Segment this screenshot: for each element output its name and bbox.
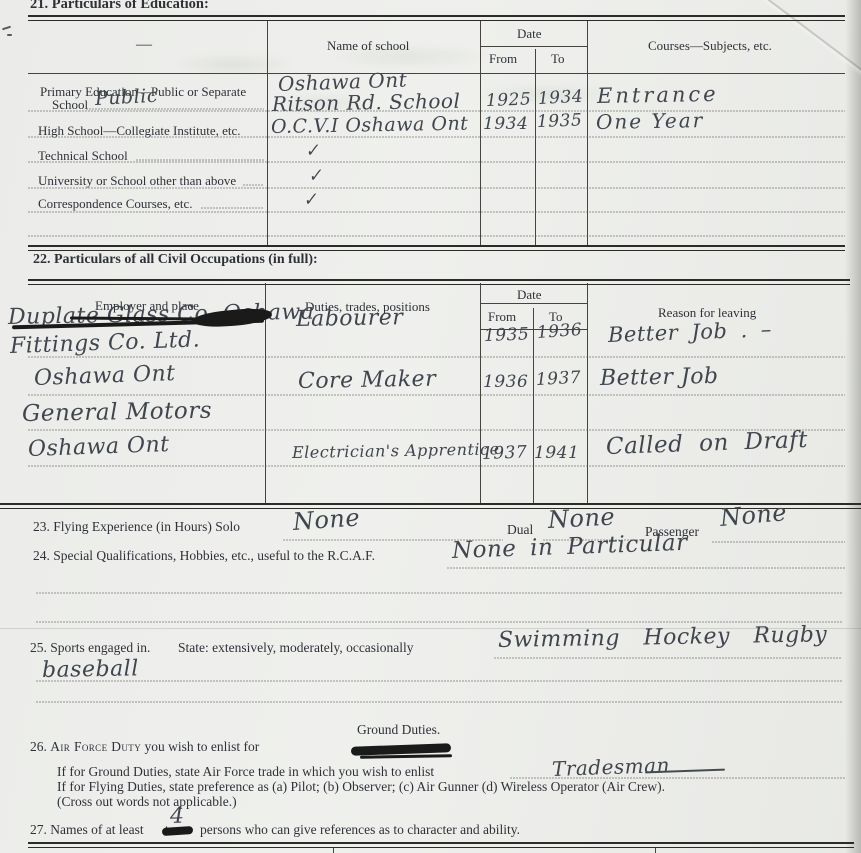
education-row-line	[28, 161, 845, 163]
job2-reason-handwriting: Better Job	[600, 364, 719, 391]
scanned-enlistment-form-page: 21. Particulars of Education: — Name of …	[0, 0, 861, 853]
high-school-name-handwriting: O.C.V.I Oshawa Ont	[271, 113, 469, 138]
job3-employer-handwriting: General Motors	[22, 398, 213, 427]
occupations-date-underline	[480, 303, 587, 304]
occupations-row-line	[28, 356, 845, 358]
item23-number: 23.	[33, 519, 50, 534]
job3-employer-city-handwriting: Oshawa Ont	[28, 432, 170, 462]
job2-from-handwriting: 1936	[483, 372, 528, 392]
item25-label1: Sports engaged in.	[50, 640, 150, 655]
occupations-header-date: Date	[517, 287, 542, 303]
job1-from-handwriting: 1935	[484, 324, 530, 346]
qualifications-handwriting: None in Particular	[452, 530, 688, 564]
high-school-from-handwriting: 1934	[483, 114, 528, 134]
job1-to-handwriting: 1936	[536, 320, 583, 343]
references-table-top-rule	[28, 842, 854, 848]
job1-duties-handwriting: Labourer	[296, 305, 404, 332]
item22-heading: 22. Particulars of all Civil Occupations…	[33, 252, 318, 268]
item27-heading: 27. Names of at least	[30, 822, 144, 838]
item23-heading: 23. Flying Experience (in Hours) Solo	[33, 519, 240, 535]
job3-duties-handwriting: Electrician's Apprentice	[292, 439, 500, 462]
university-checkmark: ✓	[307, 165, 324, 187]
education-header-dash: —	[136, 36, 152, 54]
references-column-line	[655, 848, 656, 853]
job2-to-handwriting: 1937	[535, 368, 581, 390]
education-header-courses: Courses—Subjects, etc.	[648, 38, 772, 54]
primary-courses-handwriting: Entrance	[597, 82, 719, 108]
replacement-number-handwriting: 4	[170, 804, 185, 829]
education-row-line	[28, 235, 845, 237]
item25-label2: State: extensively, moderately, occasion…	[178, 640, 414, 656]
primary-date-to-handwriting: 1934	[537, 87, 583, 109]
education-header-school: Name of school	[327, 38, 409, 54]
job3-from-handwriting: 1937	[482, 442, 528, 464]
item23-label: Flying Experience (in Hours) Solo	[53, 519, 240, 534]
sports-handwriting-line1: Swimming Hockey Rugby	[498, 622, 828, 653]
primary-education-type-handwriting: Public	[94, 85, 158, 110]
paper-right-edge-shadow	[845, 0, 861, 853]
flying-passenger-handwriting: None	[719, 498, 788, 532]
job3-to-handwriting: 1941	[534, 443, 579, 463]
item25-heading: 25. Sports engaged in.	[30, 640, 150, 656]
dotted-leader	[201, 207, 264, 209]
item26-rest-label: you wish to enlist for	[144, 739, 259, 754]
dotted-answer-line	[36, 680, 842, 682]
education-header-rule	[28, 73, 845, 74]
item26-sub3-label: (Cross out words not applicable.)	[57, 794, 237, 810]
education-header-from: From	[489, 51, 517, 67]
item24-label: Special Qualifications, Hobbies, etc., u…	[53, 548, 375, 563]
education-header-to: To	[551, 51, 565, 67]
education-column-line	[480, 21, 481, 247]
item24-number: 24.	[33, 548, 50, 563]
scribbled-out-option-tail	[360, 754, 452, 759]
education-column-line	[587, 21, 588, 247]
blank-dotted-line	[36, 701, 842, 703]
job2-employer-handwriting: Fittings Co. Ltd.	[10, 327, 201, 359]
item22-title: Particulars of all Civil Occupations (in…	[54, 252, 318, 267]
item27-number: 27.	[30, 822, 47, 837]
item27-pre-label: Names of at least	[50, 822, 143, 837]
primary-date-from-handwriting: 1925	[486, 89, 532, 111]
education-row-line	[28, 136, 845, 138]
occupations-row-line	[28, 465, 845, 467]
dotted-answer-line	[494, 657, 842, 659]
education-table-bottom-rule	[28, 245, 845, 251]
item25-number: 25.	[30, 640, 47, 655]
correspondence-checkmark: ✓	[302, 189, 319, 211]
technical-school-checkmark: ✓	[304, 140, 321, 162]
education-from-to-divider	[535, 49, 536, 247]
flying-solo-handwriting: None	[292, 503, 361, 536]
trade-handwriting: Tradesman	[552, 753, 671, 781]
sports-handwriting-line2: baseball	[42, 656, 139, 683]
dotted-leader	[243, 184, 264, 186]
high-school-courses-handwriting: One Year	[596, 108, 705, 134]
item22-number: 22.	[33, 252, 51, 267]
education-table-top-rule	[28, 15, 845, 21]
blank-dotted-line	[36, 621, 842, 623]
job2-duties-handwriting: Core Maker	[298, 367, 437, 394]
item21-title: Particulars of Education:	[52, 0, 209, 12]
references-column-line	[333, 848, 334, 853]
dotted-answer-line	[447, 567, 845, 569]
item21-number: 21.	[30, 0, 48, 12]
education-row-line	[28, 187, 845, 189]
ground-duties-option: Ground Duties.	[357, 722, 440, 738]
education-row-line	[28, 110, 845, 112]
occupations-header-from: From	[488, 309, 516, 325]
education-row-line	[28, 211, 845, 213]
item26-sub1-label: If for Ground Duties, state Air Force tr…	[57, 764, 434, 780]
education-date-underline	[480, 46, 587, 47]
paper-speck	[2, 26, 11, 31]
flying-dual-handwriting: None	[547, 503, 615, 534]
item24-heading: 24. Special Qualifications, Hobbies, etc…	[33, 548, 375, 564]
blank-dotted-line	[36, 592, 842, 594]
item26-number: 26.	[30, 739, 47, 754]
item26-sub2-label: If for Flying Duties, state preference a…	[57, 779, 665, 795]
job2-employer-city-handwriting: Oshawa Ont	[34, 361, 176, 391]
correspondence-label: Correspondence Courses, etc.	[38, 196, 193, 212]
item26-heading: 26. Air Force Duty you wish to enlist fo…	[30, 739, 259, 755]
item26-duty-label: Air Force Duty	[50, 739, 141, 754]
occupations-from-to-divider	[533, 308, 534, 505]
education-column-line	[267, 21, 268, 247]
dotted-answer-line	[712, 541, 845, 543]
paper-speck	[7, 34, 12, 36]
item21-heading: 21. Particulars of Education:	[30, 0, 209, 13]
job1-reason-handwriting: Better Job . –	[608, 317, 773, 347]
job3-reason-handwriting: Called on Draft	[606, 427, 809, 460]
item27-post-label: persons who can give references as to ch…	[200, 822, 520, 838]
occupations-row-line	[28, 394, 845, 396]
high-school-to-handwriting: 1935	[537, 110, 583, 132]
education-header-date: Date	[517, 26, 542, 42]
occupations-table-top-rule	[28, 279, 850, 285]
